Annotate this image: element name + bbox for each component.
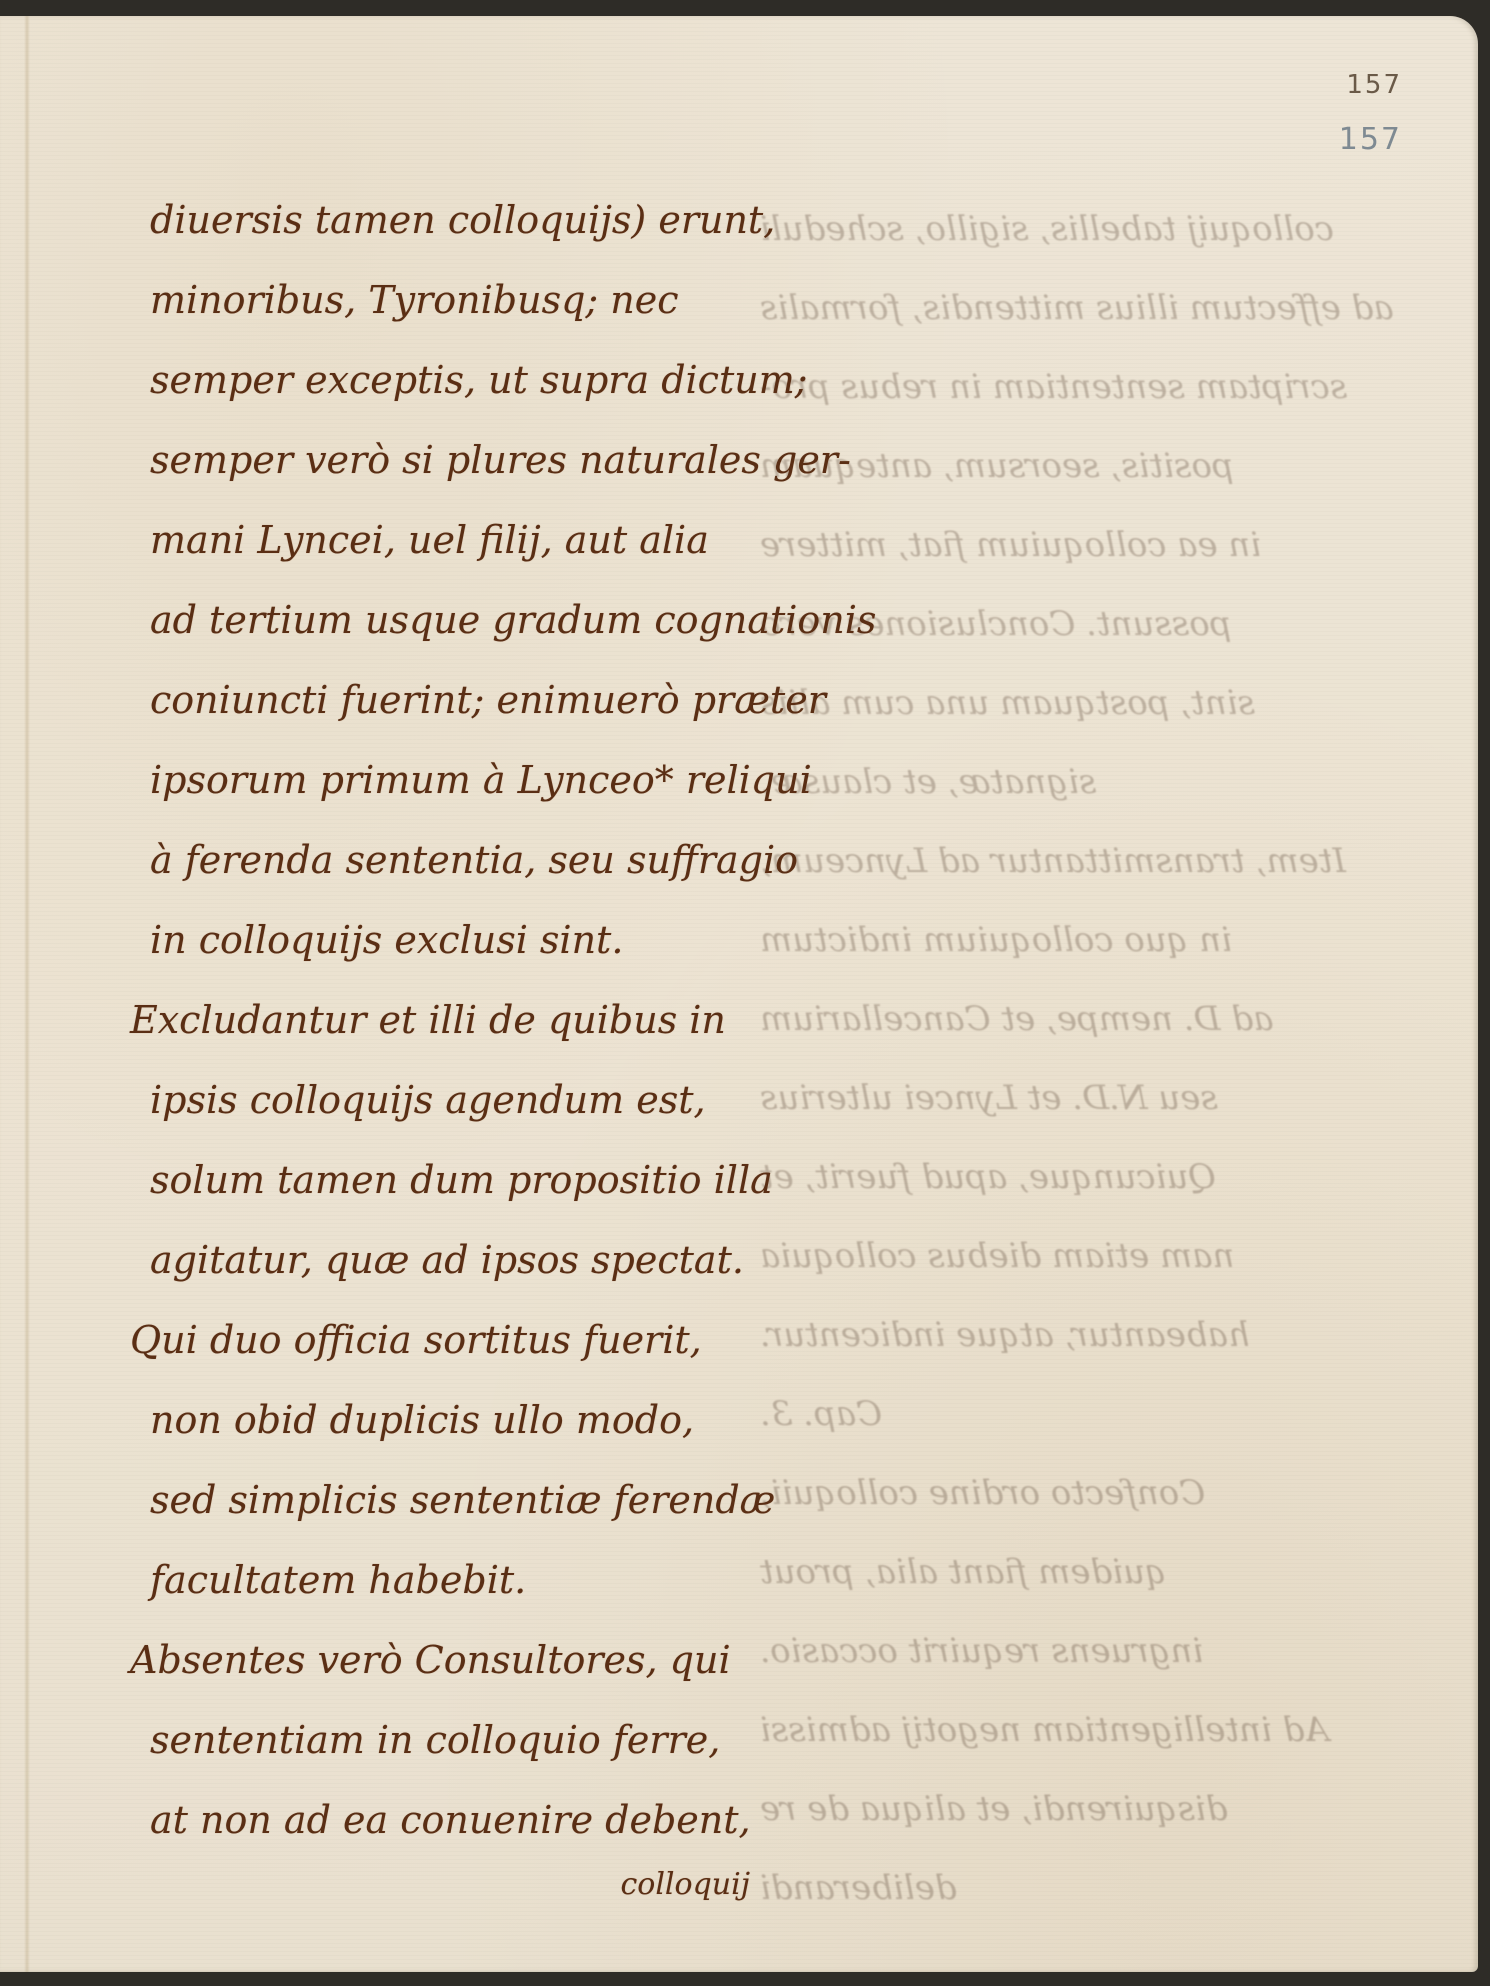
bleed-line: Confecto ordine colloquii,: [760, 1454, 1420, 1533]
folio-number-ink: 157: [1346, 70, 1402, 100]
bleed-line: scriptam sententiam in rebus pro-: [760, 348, 1420, 427]
bleed-line: deliberandi: [760, 1849, 1420, 1928]
text-line: coniuncti fuerint; enimuerò præter: [150, 660, 790, 740]
text-line: ipsorum primum à Lynceo* reliqui: [150, 740, 790, 820]
text-line: ipsis colloquijs agendum est,: [150, 1060, 790, 1140]
text-line: ad tertium usque gradum cognationis: [150, 580, 790, 660]
paragraph-start-line: Absentes verò Consultores, qui: [130, 1620, 790, 1700]
bleed-line: quidem fiant alia, prout: [760, 1533, 1420, 1612]
folio-number-pencil: 157: [1339, 122, 1402, 157]
text-line: à ferenda sententia, seu suffragio: [150, 820, 790, 900]
paragraph-start-line: Qui duo officia sortitus fuerit,: [130, 1300, 790, 1380]
text-line: semper verò si plures naturales ger-: [150, 420, 790, 500]
bleed-line: Cap. 3.: [760, 1375, 1420, 1454]
text-line: sed simplicis sententiæ ferendæ: [150, 1460, 790, 1540]
verso-bleed-through: colloquij tabellis, sigillo, scheduli ad…: [760, 190, 1420, 1928]
text-line: non obid duplicis ullo modo,: [150, 1380, 790, 1460]
bleed-line: ad effectum illius mittendis, formalis: [760, 269, 1420, 348]
bleed-line: habeantur, atque indicentur.: [760, 1296, 1420, 1375]
paragraph-start-line: Excludantur et illi de quibus in: [130, 980, 790, 1060]
text-line: agitatur, quæ ad ipsos spectat.: [150, 1220, 790, 1300]
recto-text-block: diuersis tamen colloquijs) erunt, minori…: [150, 180, 790, 1910]
bleed-line: nam etiam diebus colloquia: [760, 1217, 1420, 1296]
catchword: colloquij: [150, 1860, 790, 1910]
bleed-line: colloquij tabellis, sigillo, scheduli: [760, 190, 1420, 269]
text-line: sententiam in colloquio ferre,: [150, 1700, 790, 1780]
bleed-line: ingruens requirit occasio.: [760, 1612, 1420, 1691]
bleed-line: signatæ, et clausæ.: [760, 743, 1420, 822]
scan-frame: 157 157 colloquij tabellis, sigillo, sch…: [0, 0, 1490, 1986]
text-line: mani Lyncei, uel filij, aut alia: [150, 500, 790, 580]
bleed-line: disquirendi, et aliqua de re: [760, 1770, 1420, 1849]
text-line: minoribus, Tyronibusq; nec: [150, 260, 790, 340]
bleed-line: positis, seorsum, antequam: [760, 427, 1420, 506]
bleed-line: sint, postquam una cum aliis: [760, 664, 1420, 743]
bleed-line: in quo colloquium indictum: [760, 901, 1420, 980]
text-line: facultatem habebit.: [150, 1540, 790, 1620]
binding-gutter: [24, 16, 30, 1972]
text-line: semper exceptis, ut supra dictum;: [150, 340, 790, 420]
text-line: at non ad ea conuenire debent,: [150, 1780, 790, 1860]
text-line: diuersis tamen colloquijs) erunt,: [150, 180, 790, 260]
text-line: solum tamen dum propositio illa: [150, 1140, 790, 1220]
bleed-line: Ad intelligentiam negotij admissi: [760, 1691, 1420, 1770]
bleed-line: ad D. nempe, et Cancellarium: [760, 980, 1420, 1059]
bleed-line: seu N.D. et Lyncei ulterius: [760, 1059, 1420, 1138]
text-line: in colloquijs exclusi sint.: [150, 900, 790, 980]
bleed-line: Quicunque, apud fuerit, et: [760, 1138, 1420, 1217]
bleed-line: in ea colloquium fiat, mittere: [760, 506, 1420, 585]
bleed-line: Item, transmittantur ad Lynceum,: [760, 822, 1420, 901]
